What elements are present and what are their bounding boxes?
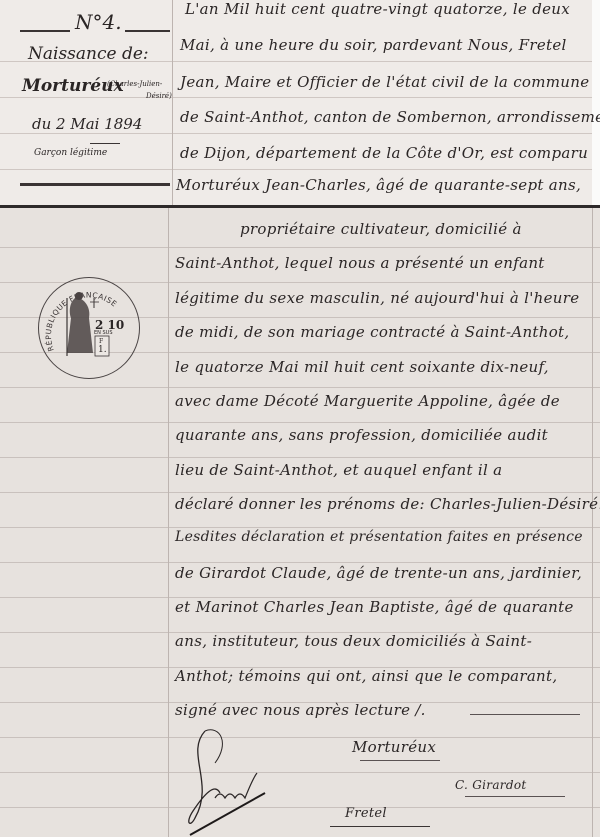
body-line-1: L'an Mil huit cent quatre-vingt quatorze…: [185, 0, 570, 18]
body-line-9: légitime du sexe masculin, né aujourd'hu…: [175, 289, 579, 307]
body-line-16: Lesdites déclaration et présentation fai…: [175, 529, 583, 545]
signature-marinot: [175, 723, 275, 837]
body-line-20: Anthot; témoins qui ont, ainsi que le co…: [175, 667, 557, 685]
body-line-2: Mai, à une heure du soir, pardevant Nous…: [180, 36, 567, 54]
number-rule-left: [20, 30, 70, 32]
body-line-12: avec dame Décoté Marguerite Appoline, âg…: [175, 392, 560, 410]
margin-given-names-2: Désiré): [146, 92, 172, 100]
signature-fretel: Fretel: [345, 806, 387, 821]
body-line-10: de midi, de son mariage contracté à Sain…: [175, 323, 569, 341]
body-line-17: de Girardot Claude, âgé de trente-un ans…: [175, 564, 582, 582]
scan-edge: [592, 0, 600, 205]
signature-girardot: C. Girardot: [455, 778, 526, 792]
body-line-19: ans, instituteur, tous deux domiciliés à…: [175, 632, 532, 650]
signature-underline: [330, 826, 430, 827]
act-number: N°4.: [75, 10, 122, 34]
body-line-14: lieu de Saint-Anthot, et auquel enfant i…: [175, 461, 502, 479]
body-line-4: de Saint-Anthot, canton de Sombernon, ar…: [180, 108, 600, 126]
body-line-11: le quatorze Mai mil huit cent soixante d…: [175, 358, 549, 376]
signature-underline: [465, 796, 565, 797]
margin-divider: [172, 0, 173, 205]
number-rule-right: [125, 30, 170, 32]
closing-dash: [470, 714, 580, 715]
body-line-3: Jean, Maire et Officier de l'état civil …: [180, 73, 589, 91]
signature-morturéux: Morturéux: [352, 738, 436, 756]
date-underline: [90, 143, 120, 144]
stamp-unit: EN SUS: [94, 330, 113, 336]
tax-stamp: RÉPUBLIQUE FRANÇAISE 2 10 EN SUS F 1.: [38, 277, 140, 379]
signature-underline: [360, 760, 440, 761]
body-line-7: propriétaire cultivateur, domicilié à: [240, 220, 522, 238]
margin-given-names: (Charles-Julien-: [107, 80, 162, 88]
margin-bottom-rule: [20, 183, 170, 186]
body-line-6: Morturéux Jean-Charles, âgé de quarante-…: [176, 176, 581, 194]
register-upper-strip: N°4. Naissance de: Morturéux (Charles-Ju…: [0, 0, 600, 207]
body-line-18: et Marinot Charles Jean Baptiste, âgé de…: [175, 598, 574, 616]
margin-divider: [168, 208, 169, 837]
stamp-series-letter: F: [99, 338, 103, 345]
body-line-21: signé avec nous après lecture /.: [175, 701, 426, 719]
right-margin-line: [592, 208, 593, 837]
body-line-13: quarante ans, sans profession, domicilié…: [175, 426, 548, 444]
margin-note: Garçon légitime: [34, 148, 107, 158]
body-line-15: déclaré donner les prénoms de: Charles-J…: [175, 495, 600, 513]
margin-date: du 2 Mai 1894: [32, 115, 142, 133]
stamp-series-number: 1.: [98, 345, 107, 355]
body-line-8: Saint-Anthot, lequel nous a présenté un …: [175, 254, 545, 272]
body-line-5: de Dijon, département de la Côte d'Or, e…: [180, 144, 588, 162]
margin-heading: Naissance de:: [28, 44, 149, 64]
